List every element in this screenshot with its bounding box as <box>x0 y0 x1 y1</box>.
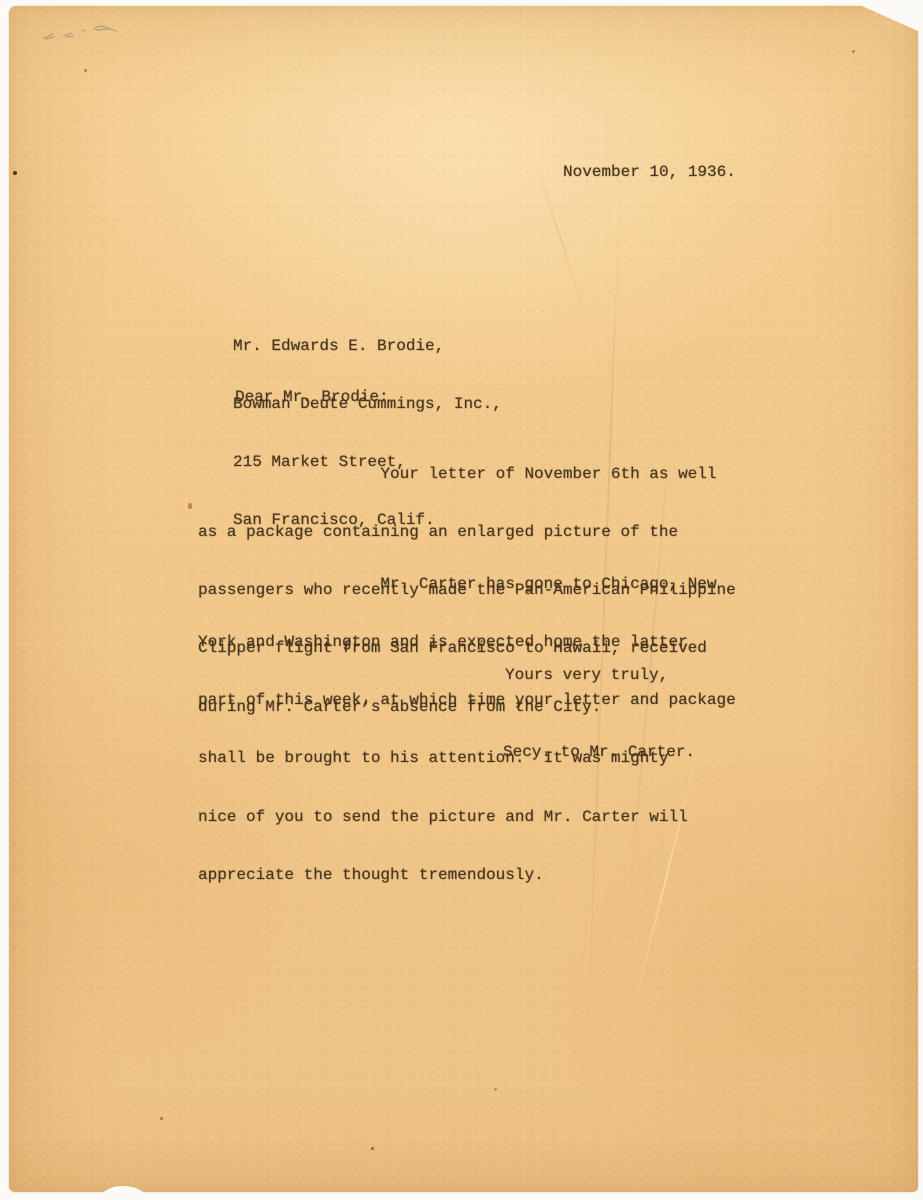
complimentary-closing: Yours very truly, <box>505 666 668 685</box>
letter-content: November 10, 1936. Mr. Edwards E. Brodie… <box>0 0 923 1200</box>
scanned-letter-page: November 10, 1936. Mr. Edwards E. Brodie… <box>0 0 923 1200</box>
body-line: nice of you to send the picture and Mr. … <box>198 808 736 827</box>
body-line: appreciate the thought tremendously. <box>198 866 736 885</box>
signature-title: Secy. to Mr. Carter. <box>503 743 695 762</box>
body-line: Your letter of November 6th as well <box>198 465 736 484</box>
body-paragraph-2: Mr. Carter has gone to Chicago, New York… <box>198 536 736 924</box>
body-line: part of this week, at which time your le… <box>198 691 736 710</box>
salutation: Dear Mr. Brodie: <box>235 388 389 407</box>
address-line: Mr. Edwards E. Brodie, <box>233 337 502 356</box>
date-line: November 10, 1936. <box>563 163 736 182</box>
body-line: York and Washington and is expected home… <box>198 633 736 652</box>
body-line: Mr. Carter has gone to Chicago, New <box>198 575 736 594</box>
